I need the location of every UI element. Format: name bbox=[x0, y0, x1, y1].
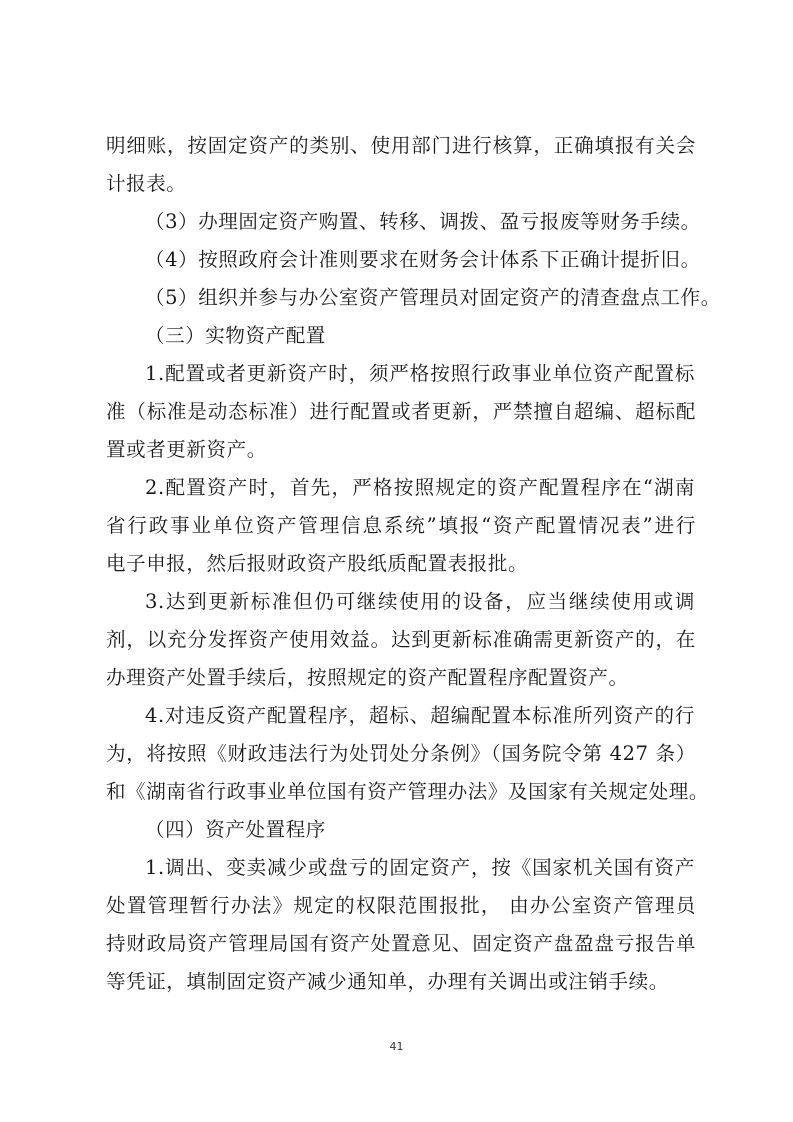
text-line: 剂，以充分发挥资产使用效益。达到更新标准确需更新资产的，在 bbox=[106, 625, 696, 655]
page-number: 41 bbox=[0, 1040, 793, 1053]
text-line: 准（标准是动态标准）进行配置或者更新，严禁擅自超编、超标配 bbox=[106, 397, 696, 427]
text-line: 处置管理暂行办法》规定的权限范围报批， 由办公室资产管理员 bbox=[106, 891, 696, 921]
text-line: 置或者更新资产。 bbox=[106, 435, 696, 465]
text-line: 为，将按照《财政违法行为处罚处分条例》（国务院令第 427 条） bbox=[106, 739, 696, 769]
text-line: 省行政事业单位资产管理信息系统”填报“资产配置情况表”进行 bbox=[106, 511, 696, 541]
text-line: （4）按照政府会计准则要求在财务会计体系下正确计提折旧。 bbox=[145, 245, 695, 275]
text-line: （三）实物资产配置 bbox=[145, 321, 695, 351]
text-line: 计报表。 bbox=[106, 169, 696, 199]
text-line: （3）办理固定资产购置、转移、调拨、盈亏报废等财务手续。 bbox=[145, 207, 695, 237]
text-line: 等凭证，填制固定资产减少通知单，办理有关调出或注销手续。 bbox=[106, 967, 696, 997]
text-line: 3.达到更新标准但仍可继续使用的设备，应当继续使用或调 bbox=[145, 587, 695, 617]
text-line: 和《湖南省行政事业单位国有资产管理办法》及国家有关规定处理。 bbox=[106, 777, 696, 807]
text-line: 1.调出、变卖减少或盘亏的固定资产，按《国家机关国有资产 bbox=[145, 853, 695, 883]
text-line: （四）资产处置程序 bbox=[145, 815, 695, 845]
document-page: 明细账，按固定资产的类别、使用部门进行核算，正确填报有关会计报表。（3）办理固定… bbox=[0, 0, 793, 1122]
text-line: （5）组织并参与办公室资产管理员对固定资产的清查盘点工作。 bbox=[145, 283, 695, 313]
text-line: 办理资产处置手续后，按照规定的资产配置程序配置资产。 bbox=[106, 663, 696, 693]
text-line: 2.配置资产时，首先，严格按照规定的资产配置程序在“湖南 bbox=[145, 473, 695, 503]
text-line: 明细账，按固定资产的类别、使用部门进行核算，正确填报有关会 bbox=[106, 131, 696, 161]
text-line: 持财政局资产管理局国有资产处置意见、固定资产盘盈盘亏报告单 bbox=[106, 929, 696, 959]
text-line: 1.配置或者更新资产时，须严格按照行政事业单位资产配置标 bbox=[145, 359, 695, 389]
text-line: 4.对违反资产配置程序，超标、超编配置本标准所列资产的行 bbox=[145, 701, 695, 731]
text-line: 电子申报，然后报财政资产股纸质配置表报批。 bbox=[106, 549, 696, 579]
